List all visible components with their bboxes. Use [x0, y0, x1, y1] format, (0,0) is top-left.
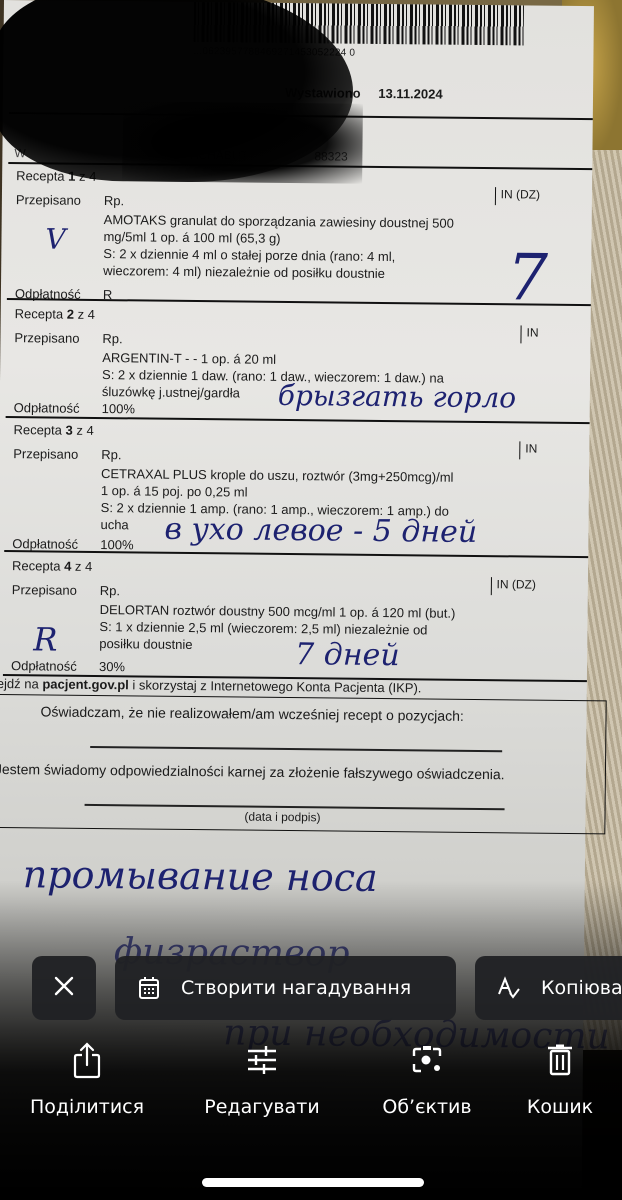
trash-icon	[543, 1040, 577, 1080]
recipe-1: Recepta 1 z 4 Przepisano Rp. IN (DZ) AMO…	[7, 168, 592, 302]
calendar-icon	[137, 976, 161, 1000]
recipe-code: IN	[519, 441, 537, 459]
create-reminder-button[interactable]: Створити нагадування	[115, 956, 456, 1020]
create-reminder-label: Створити нагадування	[181, 977, 411, 999]
lens-icon	[410, 1040, 444, 1080]
handwritten-note: брызгать горло	[278, 379, 517, 414]
close-chip-button[interactable]	[32, 956, 96, 1020]
trash-button[interactable]: Кошик	[524, 1040, 596, 1118]
recipe-header: Recepta 4 z 4	[12, 558, 92, 574]
redaction-shadow	[122, 101, 363, 184]
rp-label: Rp.	[100, 583, 120, 598]
home-indicator[interactable]	[202, 1178, 424, 1187]
payment-label: Odpłatność	[11, 658, 77, 674]
suggestion-chips: Створити нагадування Копіювати	[0, 956, 622, 1020]
prescribed-label: Przepisano	[16, 192, 81, 208]
photo-viewer: ...0623957788469271453052224 0 Wystawion…	[0, 0, 622, 1200]
bottom-toolbar: Поділитися Редагувати Об’єктив	[0, 1040, 622, 1130]
rp-label: Rp.	[102, 331, 122, 346]
rp-label: Rp.	[101, 447, 121, 462]
prescribed-label: Przepisano	[14, 330, 79, 346]
payment-value: 100%	[100, 537, 133, 552]
declaration-text: Jestem świadomy odpowiedzialności karnej…	[0, 761, 505, 782]
ikp-notice: ejdź na pacjent.gov.pl i skorzystaj z In…	[0, 676, 422, 695]
recipe-2: Recepta 2 z 4 Przepisano Rp. IN ARGENTIN…	[6, 306, 591, 422]
payment-label: Odpłatność	[14, 400, 80, 416]
close-icon	[53, 975, 75, 1002]
lens-button[interactable]: Об’єктив	[378, 1040, 476, 1118]
text-check-icon	[497, 976, 521, 1000]
handwritten-note: в ухо левое - 5 дней	[164, 512, 477, 550]
handwritten-note: 7 дней	[295, 637, 400, 673]
recipe-code: IN (DZ)	[495, 187, 541, 205]
sliders-icon	[245, 1040, 279, 1080]
share-button[interactable]: Поділитися	[24, 1040, 150, 1118]
signature-line	[85, 804, 505, 810]
prescribed-label: Przepisano	[13, 446, 78, 462]
lens-label: Об’єктив	[382, 1096, 471, 1118]
handwritten-note: R	[33, 620, 57, 658]
handwritten-note: V	[45, 222, 66, 255]
share-label: Поділитися	[30, 1096, 144, 1118]
payment-value: 30%	[99, 659, 125, 674]
declaration-line	[90, 746, 502, 752]
ikp-link: pacjent.gov.pl	[42, 676, 129, 692]
prescribed-label: Przepisano	[12, 582, 77, 598]
copy-text-label: Копіювати	[541, 977, 622, 999]
handwritten-note: 7	[507, 241, 548, 315]
share-icon	[70, 1040, 104, 1080]
recipe-4: Recepta 4 z 4 Przepisano Rp. IN (DZ) DEL…	[3, 558, 588, 682]
recipe-3: Recepta 3 z 4 Przepisano Rp. IN CETRAXAL…	[4, 422, 589, 556]
recipe-body: AMOTAKS granulat do sporządzania zawiesi…	[103, 211, 524, 283]
recipe-header: Recepta 3 z 4	[13, 422, 93, 438]
signature-caption: (data i podpis)	[244, 810, 320, 825]
declaration-text: Oświadczam, że nie realizowałem/am wcześ…	[40, 703, 463, 723]
rp-label: Rp.	[104, 193, 124, 208]
recipe-header: Recepta 2 z 4	[15, 306, 95, 322]
trash-label: Кошик	[527, 1096, 593, 1118]
edit-label: Редагувати	[204, 1096, 319, 1118]
declaration-box: Oświadczam, że nie realizowałem/am wcześ…	[0, 694, 607, 834]
copy-text-button[interactable]: Копіювати	[475, 956, 622, 1020]
issued-value: 13.11.2024	[378, 86, 443, 102]
payment-value: 100%	[102, 401, 135, 416]
recipe-code: IN (DZ)	[490, 577, 536, 595]
recipe-code: IN	[520, 325, 538, 343]
edit-button[interactable]: Редагувати	[200, 1040, 324, 1118]
